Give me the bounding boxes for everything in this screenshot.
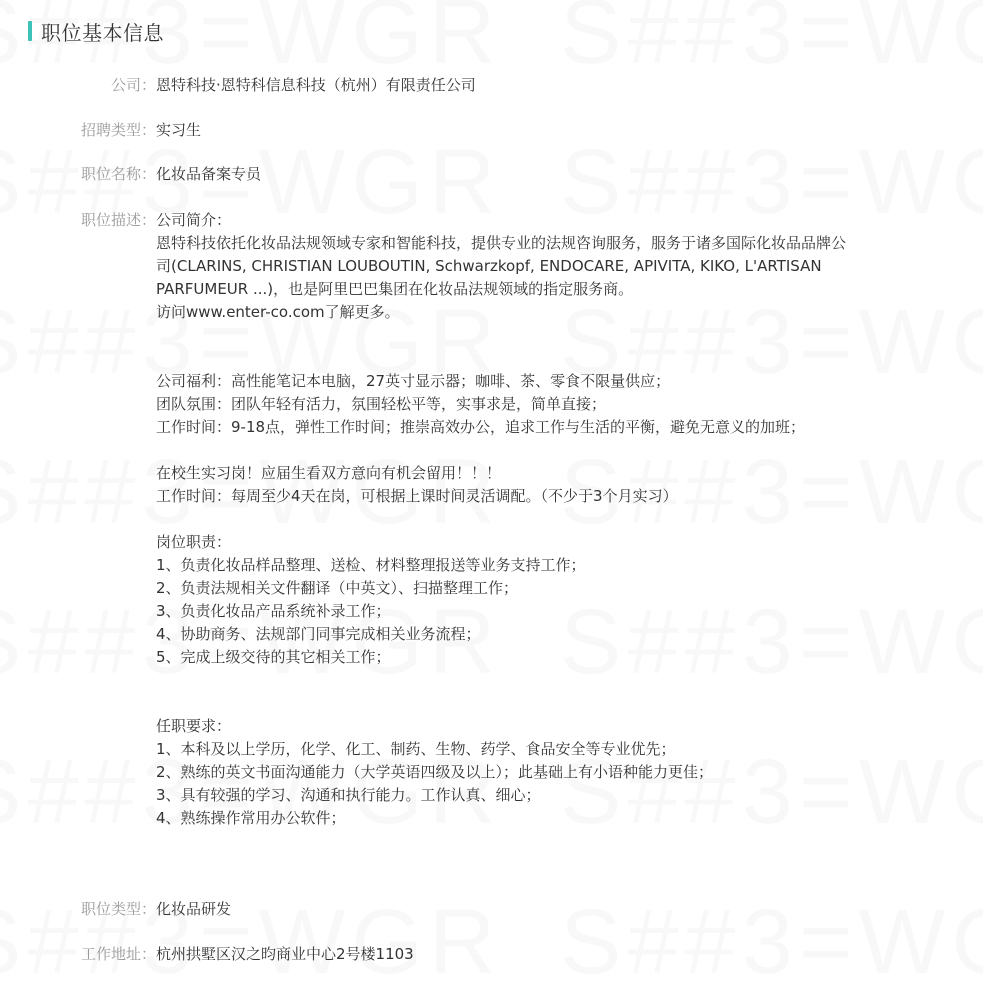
field-label: 职位描述： — [0, 209, 156, 830]
company-name: 恩特科技·恩特科信息科技（杭州）有限责任公司 — [156, 74, 916, 97]
field-label: 工作地址： — [0, 943, 156, 966]
field-label: 招聘类型： — [0, 119, 156, 142]
spacer — [156, 508, 916, 531]
spacer — [156, 324, 916, 370]
recruit-type-value: 实习生 — [156, 119, 916, 142]
spacer — [156, 439, 916, 462]
requirement-item: 4、熟练操作常用办公软件； — [156, 807, 916, 830]
requirement-item: 3、具有较强的学习、沟通和执行能力。工作认真、细心； — [156, 784, 916, 807]
section-title: 职位基本信息 — [41, 17, 164, 46]
description-body: 公司简介： 恩特科技依托化妆品法规领域专家和智能科技，提供专业的法规咨询服务，服… — [156, 209, 916, 830]
company-intro-line: 恩特科技依托化妆品法规领域专家和智能科技，提供专业的法规咨询服务，服务于诸多国际… — [156, 232, 916, 255]
field-recruit-type: 招聘类型： 实习生 — [0, 119, 916, 142]
section-accent-bar — [28, 21, 32, 41]
watermark-text: S##3=WGR — [560, 0, 983, 85]
field-company: 公司： 恩特科技·恩特科信息科技（杭州）有限责任公司 — [0, 74, 916, 97]
duty-item: 4、协助商务、法规部门同事完成相关业务流程； — [156, 623, 916, 646]
duty-item: 3、负责化妆品产品系统补录工作； — [156, 600, 916, 623]
job-category-value: 化妆品研发 — [156, 898, 916, 921]
perk-line: 团队氛围：团队年轻有活力，氛围轻松平等，实事求是，简单直接； — [156, 393, 916, 416]
field-label: 职位名称： — [0, 163, 156, 186]
field-work-address: 工作地址： 杭州拱墅区汉之昀商业中心2号楼1103 — [0, 943, 916, 966]
field-position-name: 职位名称： 化妆品备案专员 — [0, 163, 916, 186]
field-job-category: 职位类型： 化妆品研发 — [0, 898, 916, 921]
perk-line: 工作时间：9-18点，弹性工作时间；推崇高效办公，追求工作与生活的平衡，避免无意… — [156, 416, 916, 439]
company-intro-line: PARFUMEUR ...)，也是阿里巴巴集团在化妆品法规领域的指定服务商。 — [156, 278, 916, 301]
company-intro-line: 访问www.enter-co.com了解更多。 — [156, 301, 916, 324]
requirements-heading: 任职要求： — [156, 715, 916, 738]
company-intro-line: 司(CLARINS, CHRISTIAN LOUBOUTIN, Schwarzk… — [156, 255, 916, 278]
duty-item: 1、负责化妆品样品整理、送检、材料整理报送等业务支持工作； — [156, 554, 916, 577]
duty-item: 5、完成上级交待的其它相关工作； — [156, 646, 916, 669]
field-label: 公司： — [0, 74, 156, 97]
work-address-value: 杭州拱墅区汉之昀商业中心2号楼1103 — [156, 943, 916, 966]
requirement-item: 1、本科及以上学历，化学、化工、制药、生物、药学、食品安全等专业优先； — [156, 738, 916, 761]
duties-heading: 岗位职责： — [156, 531, 916, 554]
field-label: 职位类型： — [0, 898, 156, 921]
internship-line: 在校生实习岗！应届生看双方意向有机会留用！！！ — [156, 462, 916, 485]
field-description: 职位描述： 公司简介： 恩特科技依托化妆品法规领域专家和智能科技，提供专业的法规… — [0, 209, 916, 830]
duty-item: 2、负责法规相关文件翻译（中英文）、扫描整理工作； — [156, 577, 916, 600]
perk-line: 公司福利：高性能笔记本电脑，27英寸显示器；咖啡、茶、零食不限量供应； — [156, 370, 916, 393]
spacer — [156, 669, 916, 715]
internship-line: 工作时间：每周至少4天在岗，可根据上课时间灵活调配。（不少于3个月实习） — [156, 485, 916, 508]
company-intro-heading: 公司简介： — [156, 209, 916, 232]
requirement-item: 2、熟练的英文书面沟通能力（大学英语四级及以上）；此基础上有小语种能力更佳； — [156, 761, 916, 784]
section-header: 职位基本信息 — [28, 18, 164, 44]
position-name-value: 化妆品备案专员 — [156, 163, 916, 186]
